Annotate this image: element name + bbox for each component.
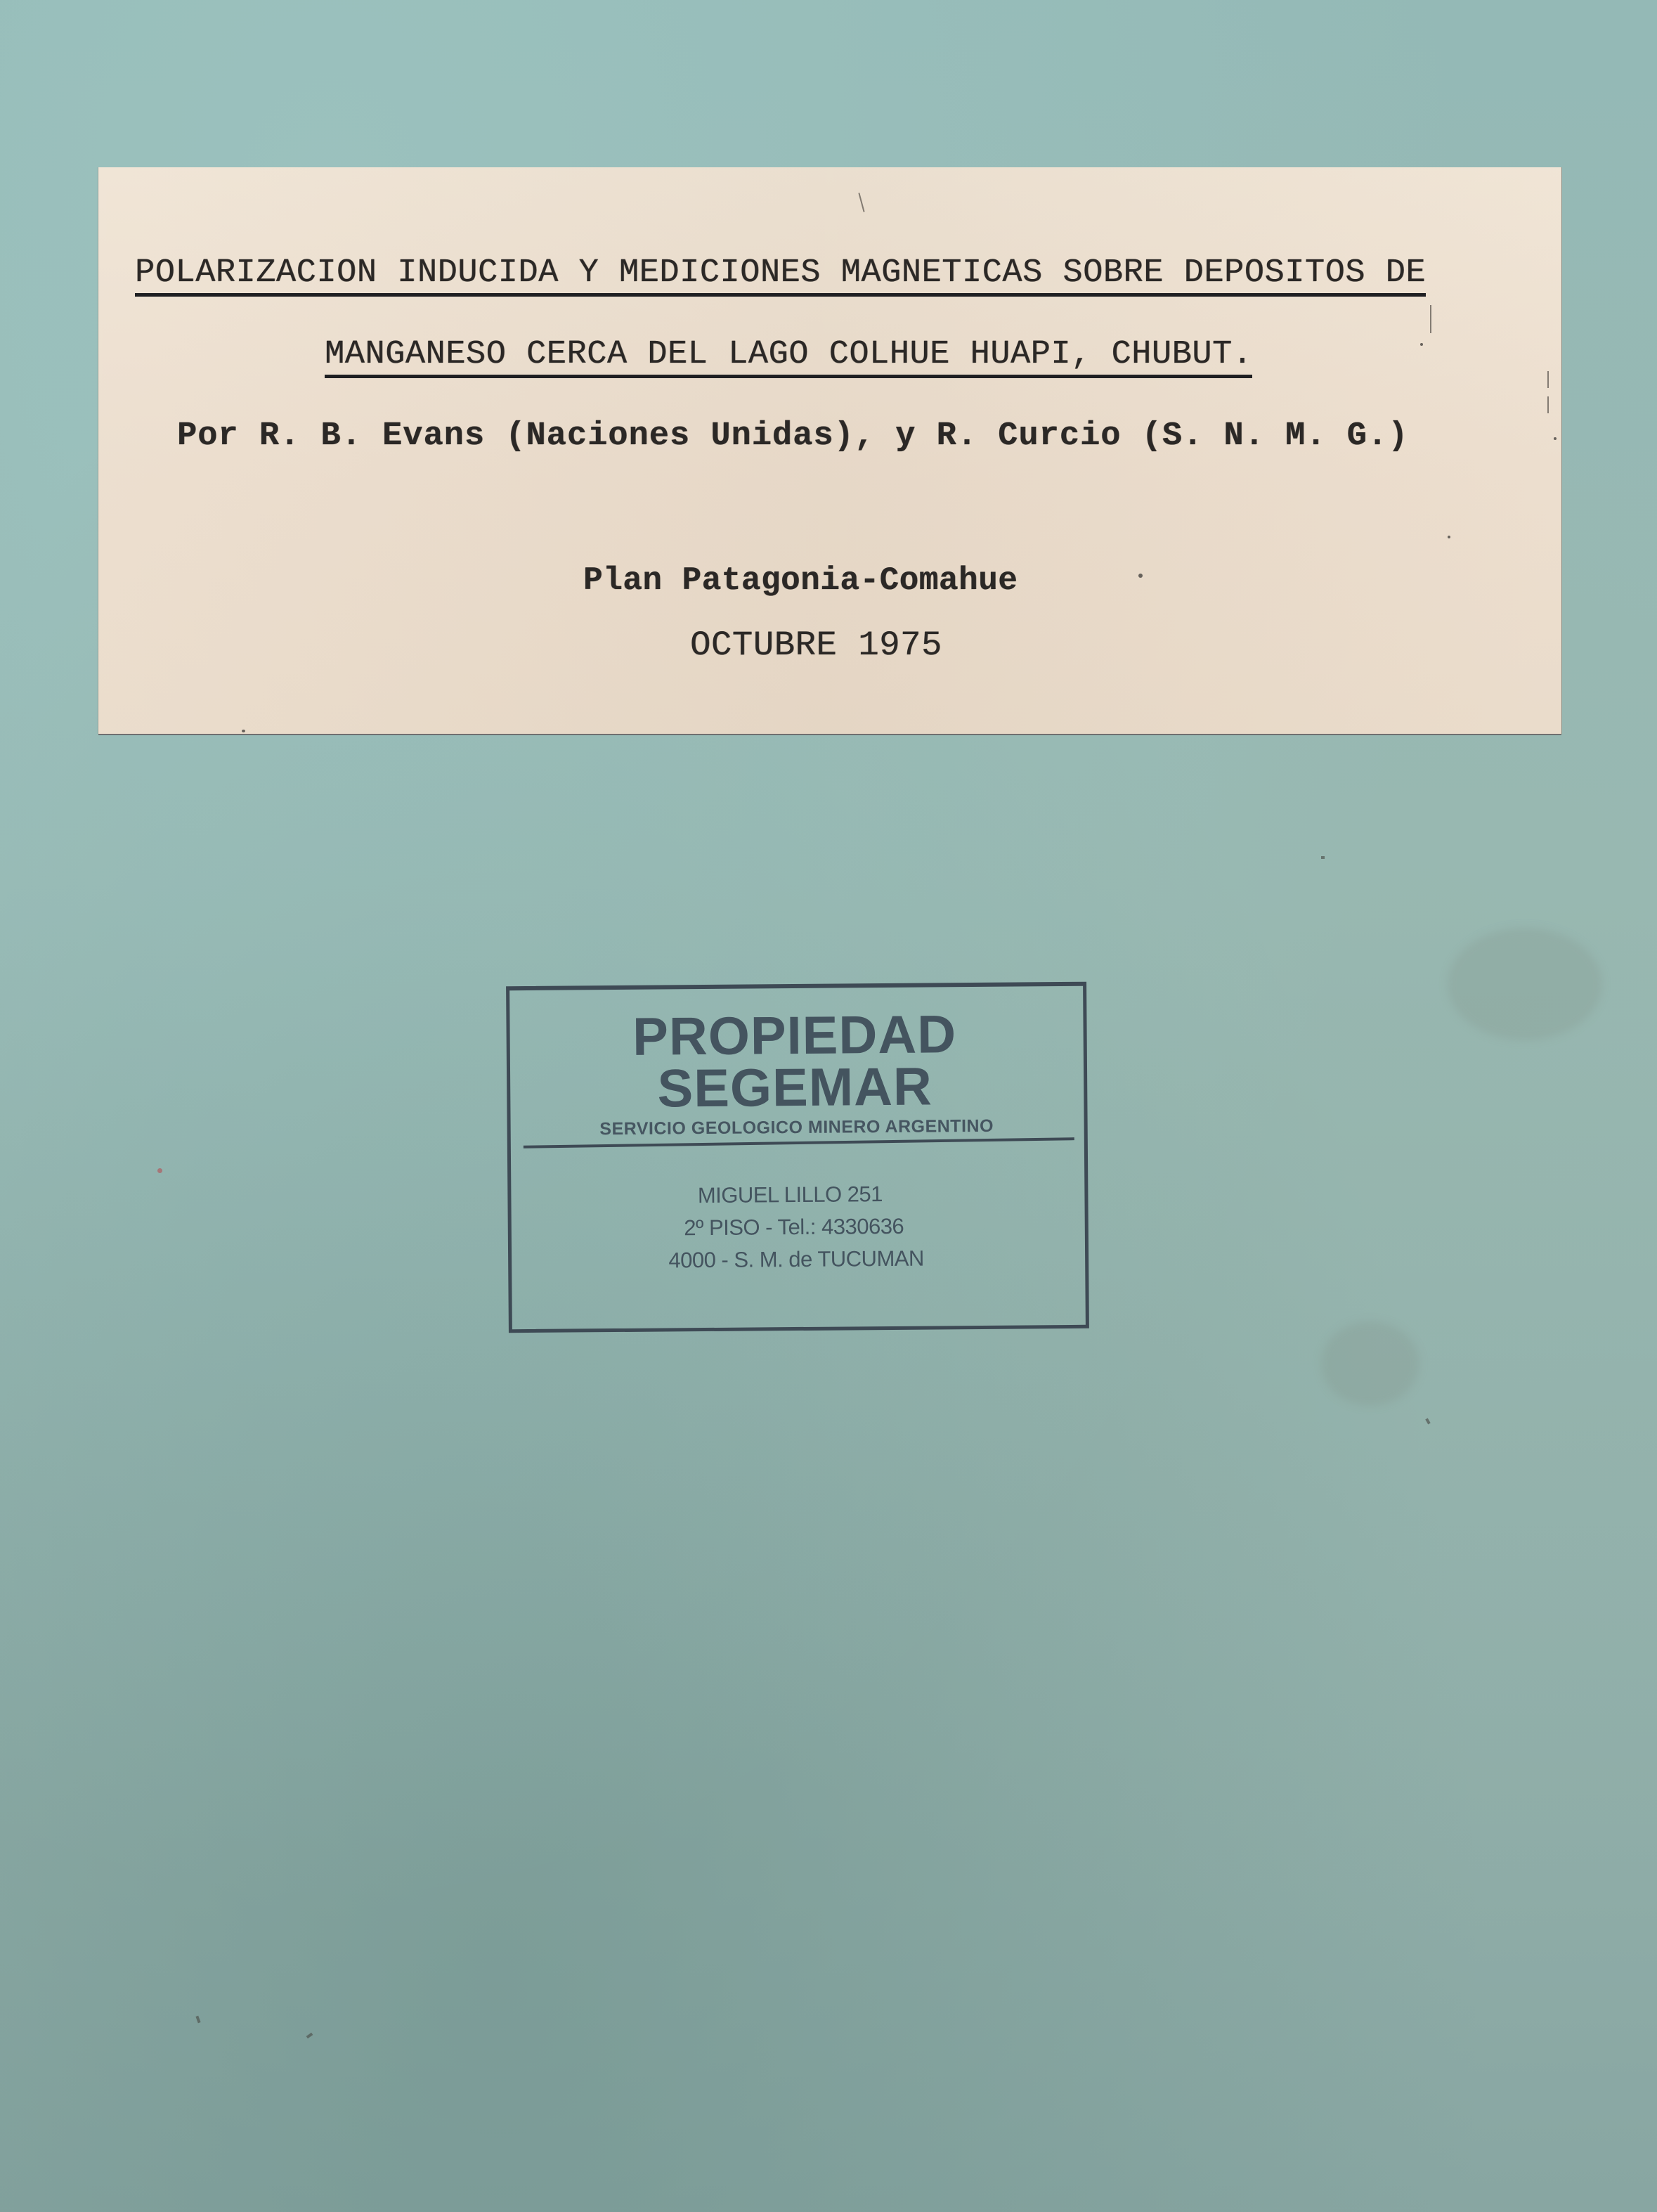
date-line: OCTUBRE 1975 — [690, 626, 942, 665]
title-line-1-text: POLARIZACION INDUCIDA Y MEDICIONES MAGNE… — [135, 254, 1426, 297]
cover-stain — [1321, 1321, 1419, 1406]
stamp-address-1: MIGUEL LILLO 251 — [495, 1180, 1084, 1210]
title-label: POLARIZACION INDUCIDA Y MEDICIONES MAGNE… — [98, 167, 1561, 734]
ink-speck — [1554, 437, 1557, 440]
pencil-mark — [1430, 305, 1431, 333]
cover-speck — [157, 1168, 162, 1173]
pencil-mark — [858, 193, 864, 212]
authors-line: Por R. B. Evans (Naciones Unidas), y R. … — [177, 418, 1408, 455]
stamp-address-2: 2º PISO - Tel.: 4330636 — [503, 1212, 1085, 1243]
program-line: Plan Patagonia-Comahue — [583, 562, 1018, 599]
stamp-address-3: 4000 - S. M. de TUCUMAN — [507, 1245, 1085, 1274]
title-line-2-text: MANGANESO CERCA DEL LAGO COLHUE HUAPI, C… — [325, 336, 1252, 378]
cover-speck — [195, 2016, 200, 2024]
ink-speck — [242, 730, 245, 732]
stamp-organization: SERVICIO GEOLOGICO MINERO ARGENTINO — [531, 1115, 1063, 1140]
cover-speck — [306, 2033, 313, 2038]
ink-speck — [1420, 343, 1423, 346]
title-line-2: MANGANESO CERCA DEL LAGO COLHUE HUAPI, C… — [325, 336, 1252, 373]
cover-stain — [1448, 928, 1602, 1040]
ownership-stamp: PROPIEDAD SEGEMAR SERVICIO GEOLOGICO MIN… — [506, 982, 1089, 1333]
ink-speck — [1138, 574, 1143, 578]
cover-speck — [1425, 1418, 1430, 1425]
ink-speck — [1448, 536, 1450, 538]
pencil-mark — [1547, 396, 1549, 413]
stamp-heading-2: SEGEMAR — [506, 1059, 1084, 1117]
pencil-mark — [1547, 371, 1549, 388]
cover-speck — [1321, 856, 1325, 859]
stamp-heading-1: PROPIEDAD — [505, 1007, 1084, 1065]
title-line-1: POLARIZACION INDUCIDA Y MEDICIONES MAGNE… — [135, 254, 1426, 292]
